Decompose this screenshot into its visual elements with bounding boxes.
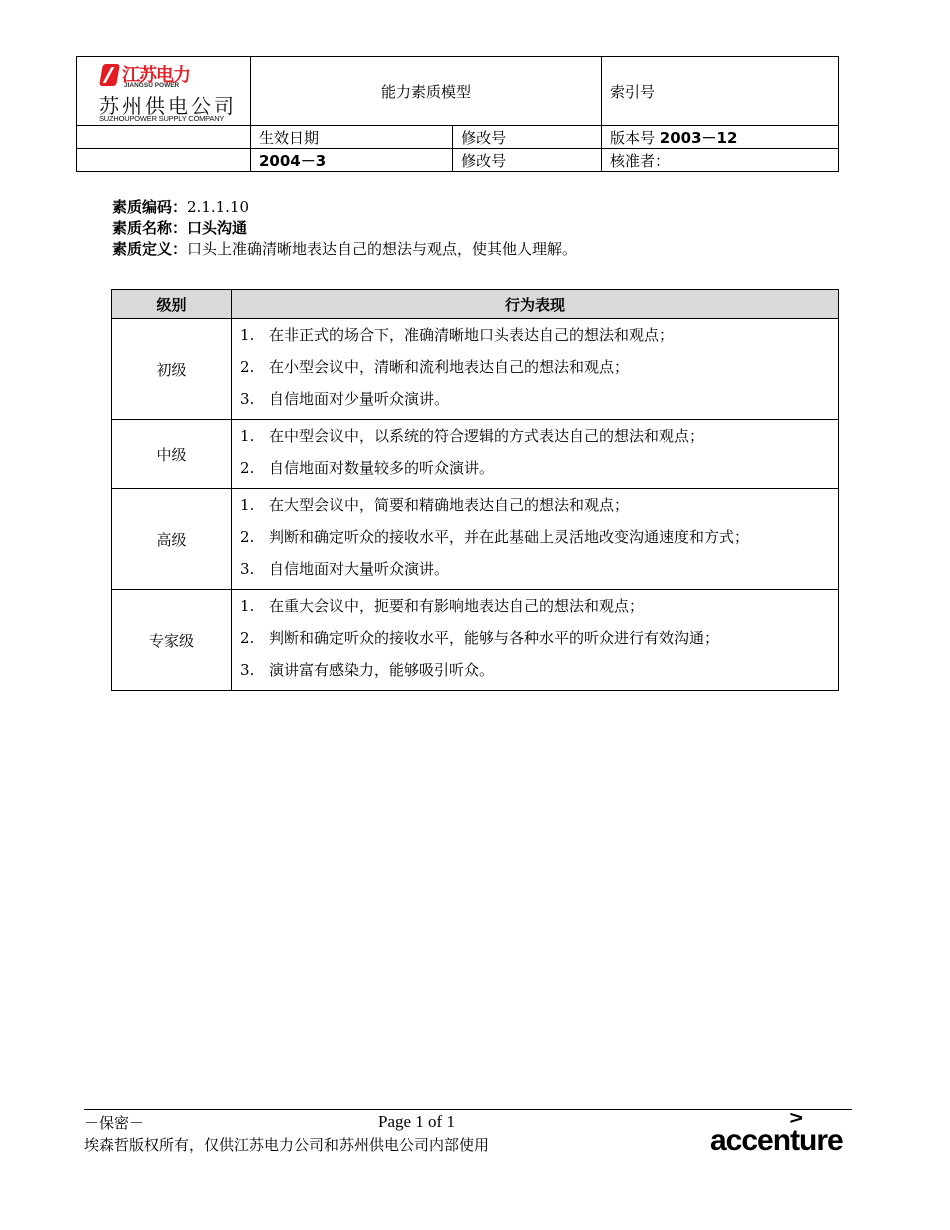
competency-name-line: 素质名称：口头沟通: [112, 218, 577, 239]
company-logo: 江苏电力 JIANGSU POWER 苏州供电公司 SUZHOUPOWER SU…: [77, 57, 251, 126]
table-row: 中级 1.在中型会议中，以系统的符合逻辑的方式表达自己的想法和观点； 2.自信地…: [112, 420, 839, 489]
confidential-label: －保密－: [84, 1112, 144, 1133]
empty-cell: [77, 149, 251, 172]
list-item: 1.在重大会议中，扼要和有影响地表达自己的想法和观点；: [240, 590, 830, 622]
document-page: 江苏电力 JIANGSU POWER 苏州供电公司 SUZHOUPOWER SU…: [0, 0, 950, 1230]
document-header-table: 江苏电力 JIANGSU POWER 苏州供电公司 SUZHOUPOWER SU…: [76, 56, 839, 172]
level-cell: 专家级: [112, 590, 232, 691]
logo-company-en: SUZHOUPOWER SUPPLY COMPANY: [99, 114, 224, 123]
list-item: 2.自信地面对数量较多的听众演讲。: [240, 452, 830, 484]
list-item: 1.在非正式的场合下，准确清晰地口头表达自己的想法和观点；: [240, 319, 830, 351]
item-text: 演讲富有感染力，能够吸引听众。: [269, 654, 830, 686]
list-item: 2.判断和确定听众的接收水平，并在此基础上灵活地改变沟通速度和方式；: [240, 521, 830, 553]
item-number: 2.: [240, 351, 269, 383]
page-number: Page 1 of 1: [378, 1112, 455, 1132]
item-number: 2.: [240, 521, 269, 553]
item-text: 自信地面对少量听众演讲。: [269, 383, 830, 415]
competency-code-line: 素质编码：2.1.1.10: [112, 197, 577, 218]
effective-date-value: 2004－3: [251, 149, 453, 172]
level-cell: 高级: [112, 489, 232, 590]
accenture-logo: accenture: [710, 1124, 843, 1158]
version-value: 2003－12: [660, 129, 738, 147]
item-text: 自信地面对数量较多的听众演讲。: [269, 452, 830, 484]
item-number: 1.: [240, 420, 269, 452]
list-item: 1.在大型会议中，简要和精确地表达自己的想法和观点；: [240, 489, 830, 521]
item-number: 2.: [240, 452, 269, 484]
footer-divider: [84, 1109, 852, 1110]
item-text: 自信地面对大量听众演讲。: [269, 553, 830, 585]
level-cell: 初级: [112, 319, 232, 420]
list-item: 1.在中型会议中，以系统的符合逻辑的方式表达自己的想法和观点；: [240, 420, 830, 452]
definition-label: 素质定义：: [112, 240, 187, 258]
logo-brand-en: JIANGSU POWER: [124, 82, 179, 89]
behavior-cell: 1.在中型会议中，以系统的符合逻辑的方式表达自己的想法和观点； 2.自信地面对数…: [232, 420, 839, 489]
definition-value: 口头上准确清晰地表达自己的想法与观点，使其他人理解。: [187, 240, 577, 258]
item-number: 1.: [240, 319, 269, 351]
item-text: 在中型会议中，以系统的符合逻辑的方式表达自己的想法和观点；: [269, 420, 830, 452]
item-text: 在大型会议中，简要和精确地表达自己的想法和观点；: [269, 489, 830, 521]
version-cell: 版本号 2003－12: [602, 126, 839, 149]
copyright-notice: 埃森哲版权所有，仅供江苏电力公司和苏州供电公司内部使用: [84, 1134, 489, 1155]
behavior-cell: 1.在重大会议中，扼要和有影响地表达自己的想法和观点； 2.判断和确定听众的接收…: [232, 590, 839, 691]
item-text: 判断和确定听众的接收水平，并在此基础上灵活地改变沟通速度和方式；: [269, 521, 830, 553]
column-header-behavior: 行为表现: [232, 290, 839, 319]
list-item: 2.在小型会议中，清晰和流利地表达自己的想法和观点；: [240, 351, 830, 383]
empty-cell: [77, 126, 251, 149]
effective-date-label: 生效日期: [251, 126, 453, 149]
list-item: 3.演讲富有感染力，能够吸引听众。: [240, 654, 830, 686]
code-value: 2.1.1.10: [187, 198, 249, 216]
level-cell: 中级: [112, 420, 232, 489]
name-label: 素质名称：: [112, 219, 187, 237]
table-row: 初级 1.在非正式的场合下，准确清晰地口头表达自己的想法和观点； 2.在小型会议…: [112, 319, 839, 420]
item-text: 在非正式的场合下，准确清晰地口头表达自己的想法和观点；: [269, 319, 830, 351]
item-number: 3.: [240, 654, 269, 686]
item-text: 在重大会议中，扼要和有影响地表达自己的想法和观点；: [269, 590, 830, 622]
column-header-level: 级别: [112, 290, 232, 319]
index-number-label: 索引号: [602, 57, 839, 126]
behavior-cell: 1.在非正式的场合下，准确清晰地口头表达自己的想法和观点； 2.在小型会议中，清…: [232, 319, 839, 420]
item-number: 3.: [240, 383, 269, 415]
lightning-logo-icon: [99, 64, 120, 86]
item-number: 1.: [240, 489, 269, 521]
item-number: 1.: [240, 590, 269, 622]
approver-label: 核准者：: [602, 149, 839, 172]
table-row: 高级 1.在大型会议中，简要和精确地表达自己的想法和观点； 2.判断和确定听众的…: [112, 489, 839, 590]
behavior-cell: 1.在大型会议中，简要和精确地表达自己的想法和观点； 2.判断和确定听众的接收水…: [232, 489, 839, 590]
document-title: 能力素质模型: [251, 57, 602, 126]
competency-definition-line: 素质定义：口头上准确清晰地表达自己的想法与观点，使其他人理解。: [112, 239, 577, 260]
revision-label: 修改号: [453, 126, 602, 149]
item-text: 判断和确定听众的接收水平，能够与各种水平的听众进行有效沟通；: [269, 622, 830, 654]
list-item: 3.自信地面对少量听众演讲。: [240, 383, 830, 415]
list-item: 2.判断和确定听众的接收水平，能够与各种水平的听众进行有效沟通；: [240, 622, 830, 654]
behavior-table: 级别 行为表现 初级 1.在非正式的场合下，准确清晰地口头表达自己的想法和观点；…: [111, 289, 839, 691]
code-label: 素质编码：: [112, 198, 187, 216]
competency-meta: 素质编码：2.1.1.10 素质名称：口头沟通 素质定义：口头上准确清晰地表达自…: [112, 197, 577, 260]
item-number: 3.: [240, 553, 269, 585]
revision-label-2: 修改号: [453, 149, 602, 172]
item-number: 2.: [240, 622, 269, 654]
item-text: 在小型会议中，清晰和流利地表达自己的想法和观点；: [269, 351, 830, 383]
version-label: 版本号: [610, 129, 655, 147]
name-value: 口头沟通: [187, 219, 247, 237]
table-row: 专家级 1.在重大会议中，扼要和有影响地表达自己的想法和观点； 2.判断和确定听…: [112, 590, 839, 691]
list-item: 3.自信地面对大量听众演讲。: [240, 553, 830, 585]
